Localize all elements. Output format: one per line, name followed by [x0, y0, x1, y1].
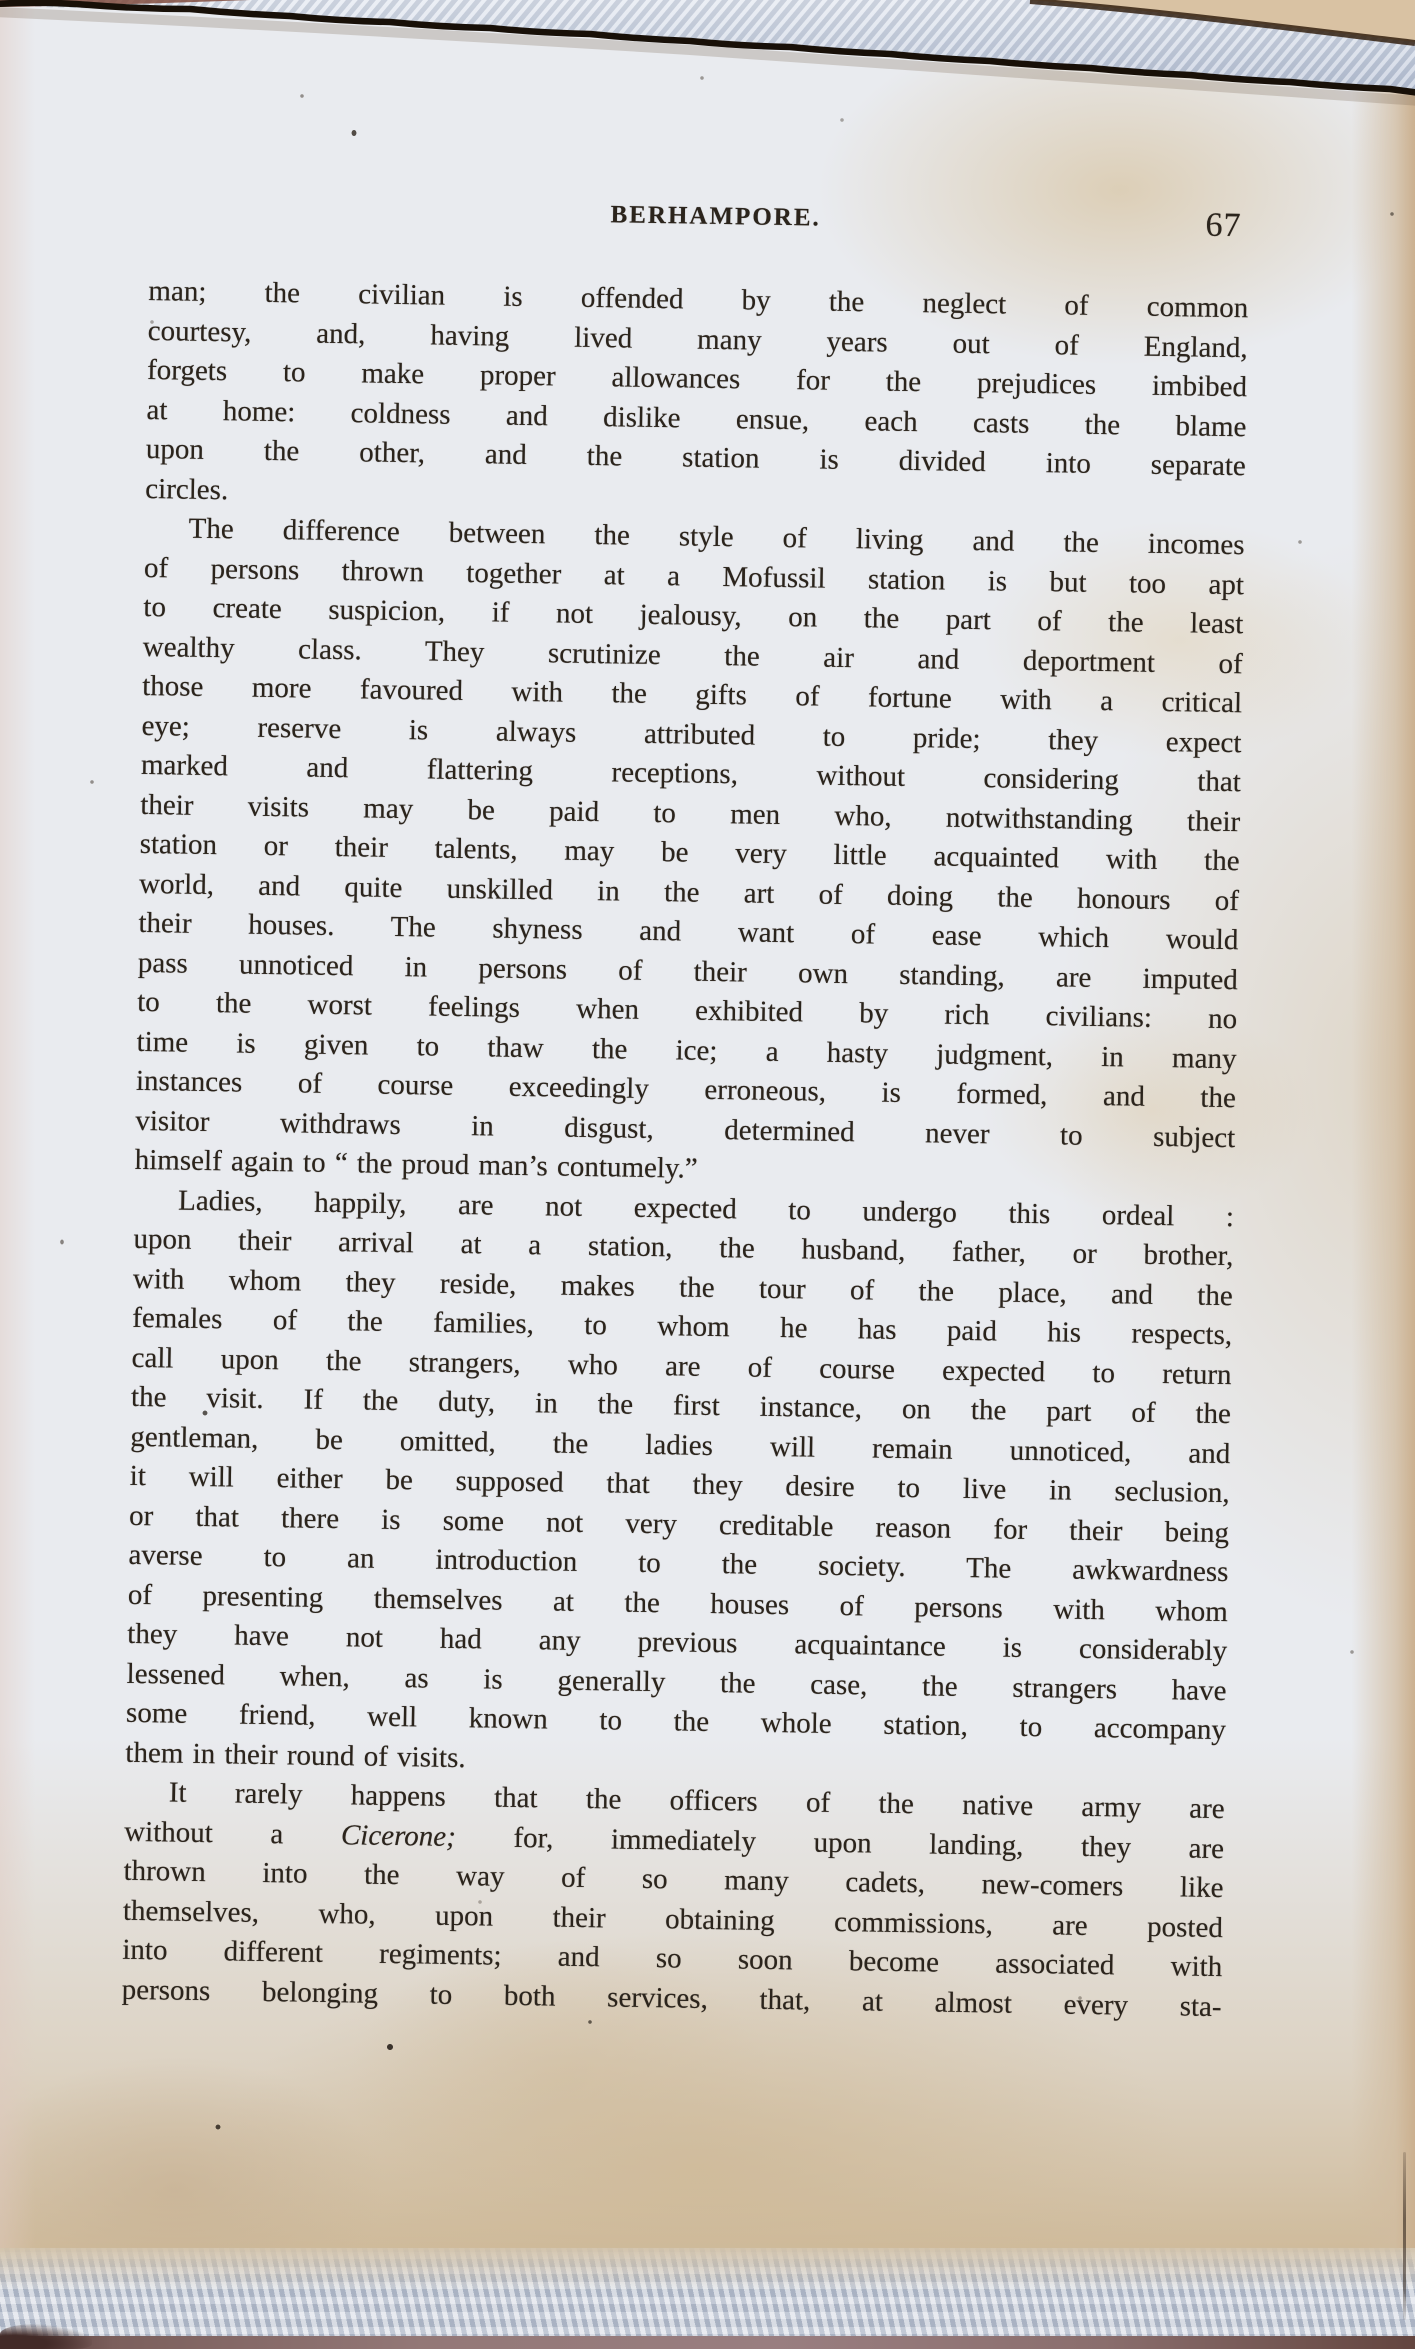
page-edge-line: [1403, 2152, 1406, 2320]
body-text: man; the civilian is offended by the neg…: [121, 272, 1248, 2027]
page-number: 67: [1205, 207, 1242, 246]
book-bottom-cloth-edge: [0, 2248, 1415, 2349]
book-page-photo: BERHAMPORE. 67 man; the civilian is offe…: [0, 0, 1415, 2349]
book-top-cloth-edge: [0, 0, 1415, 115]
book-bottom-board-strip: [0, 2336, 1415, 2349]
running-head: BERHAMPORE. 67: [149, 190, 1250, 289]
printed-text-block: BERHAMPORE. 67 man; the civilian is offe…: [121, 190, 1249, 2027]
running-title: BERHAMPORE.: [610, 201, 821, 232]
